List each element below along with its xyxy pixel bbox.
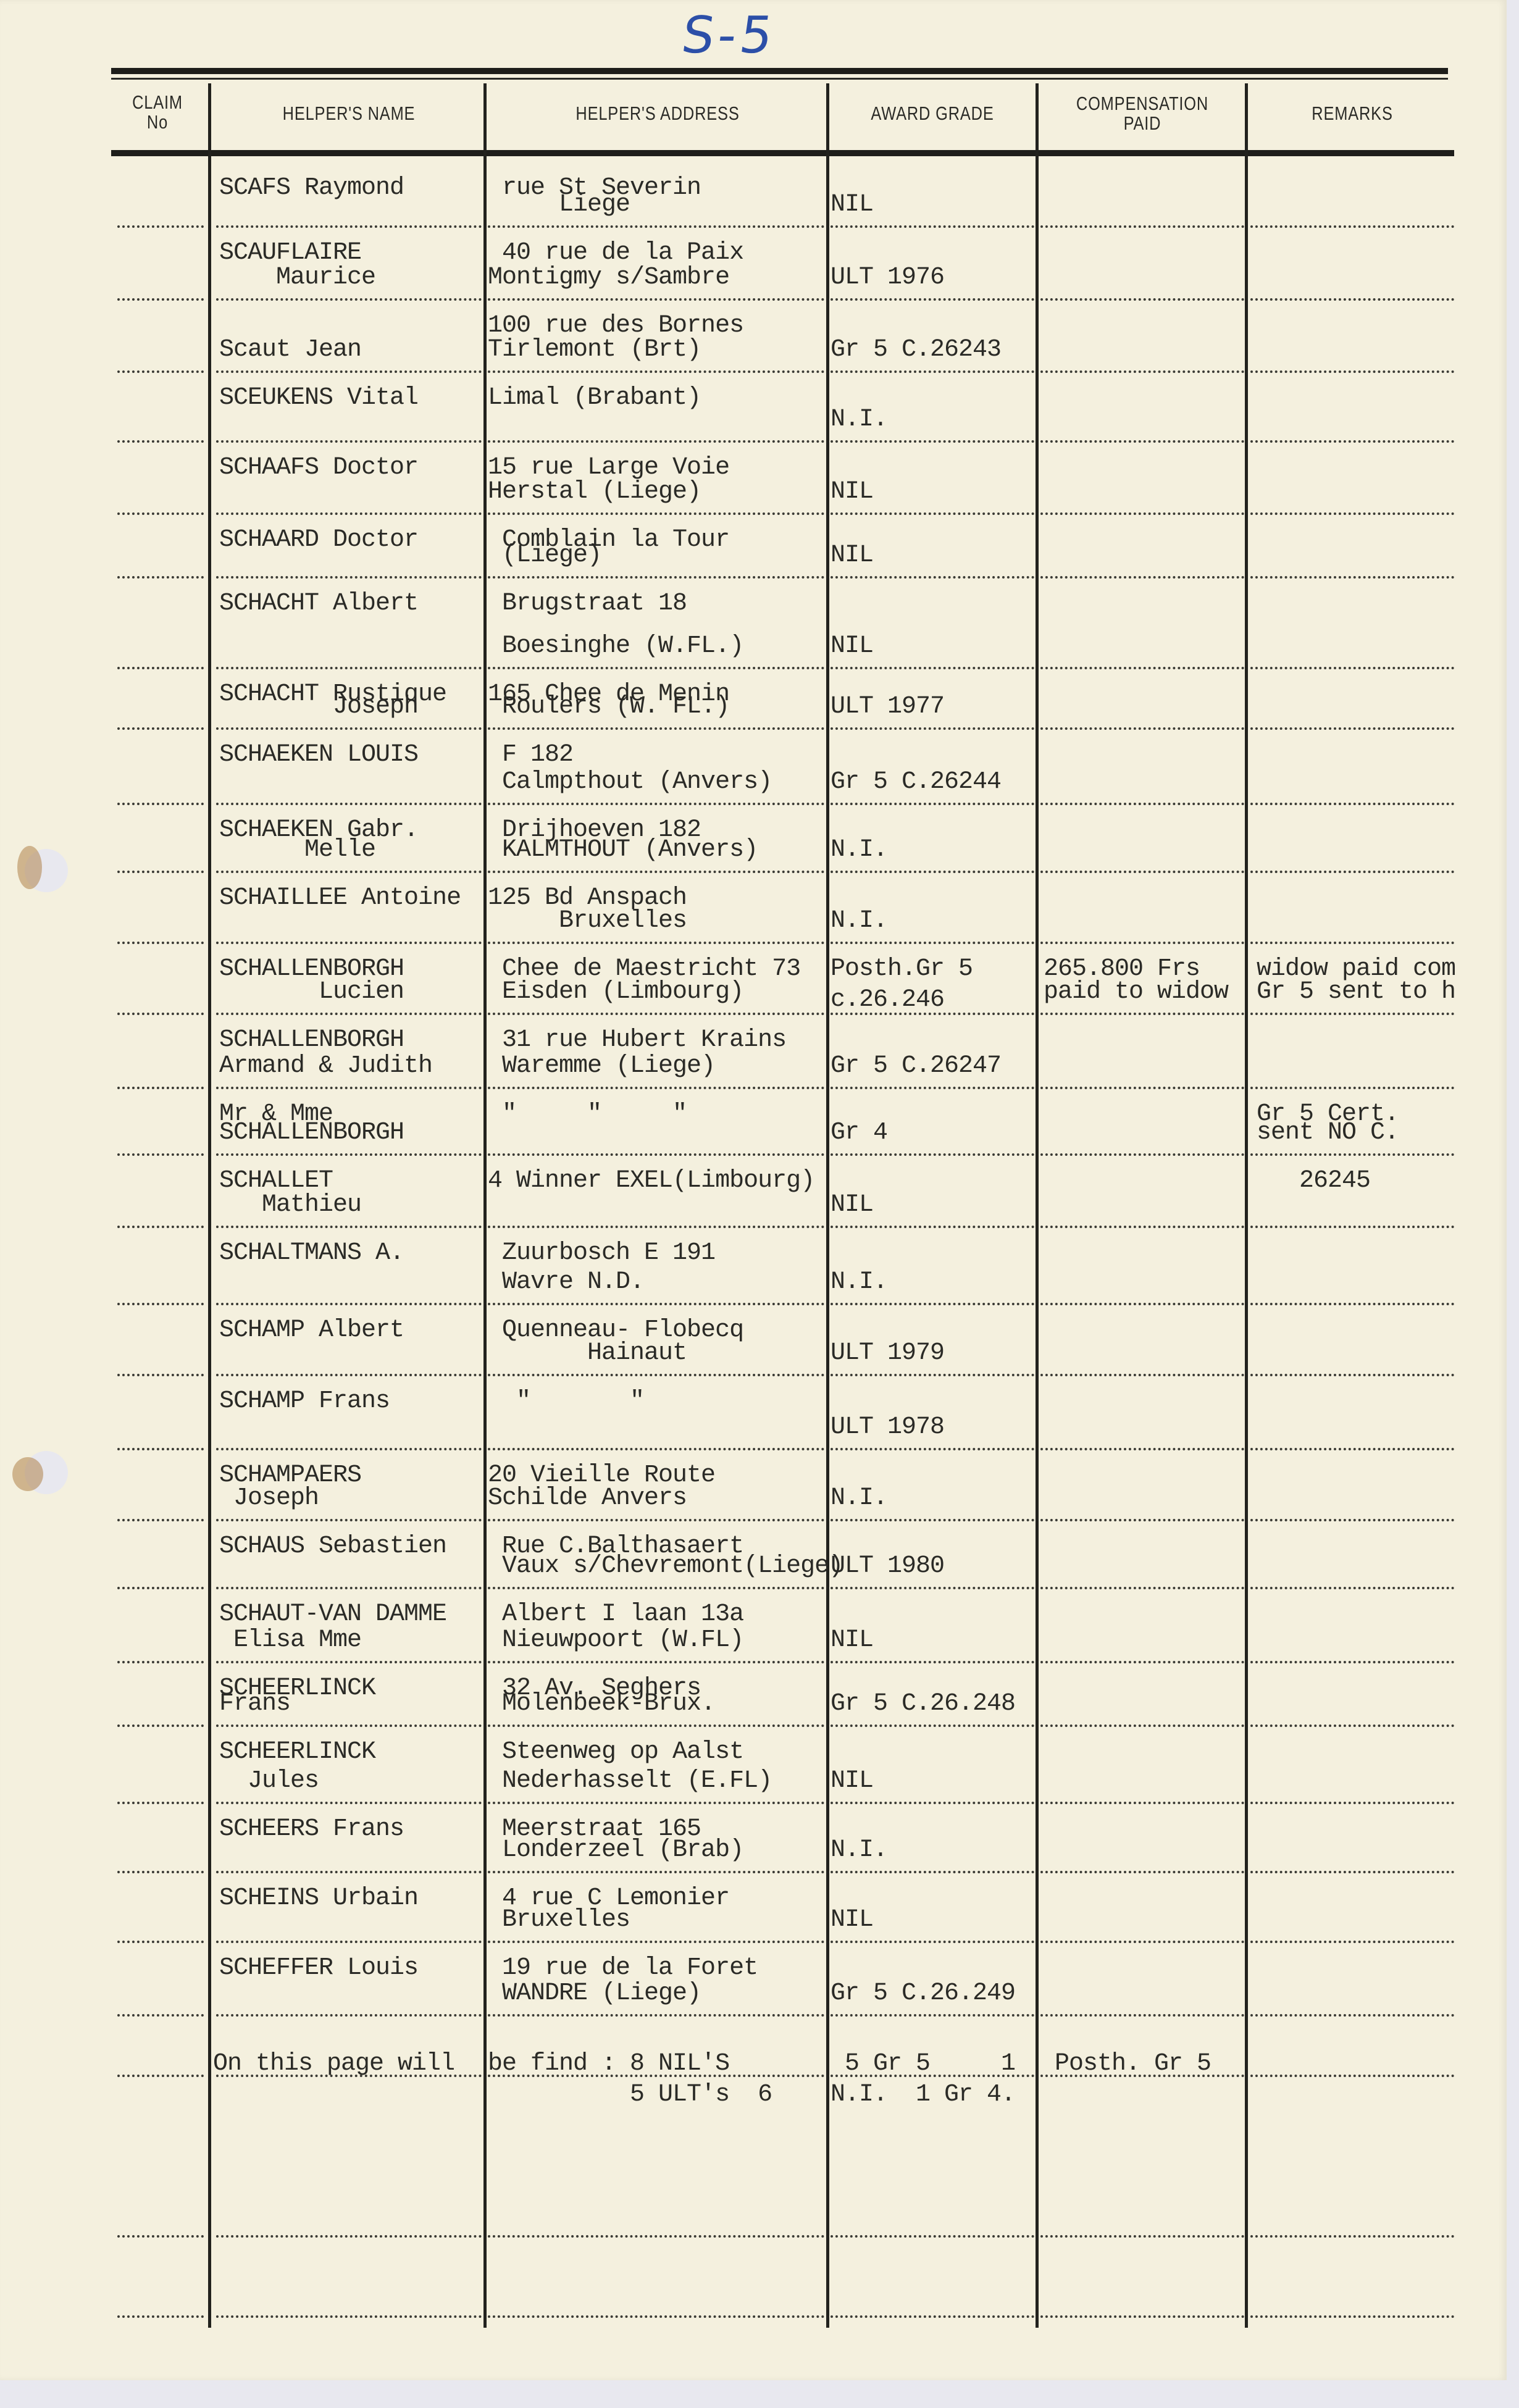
row-separator bbox=[216, 576, 482, 579]
row-separator bbox=[1040, 727, 1244, 730]
top-rule-thin bbox=[111, 78, 1448, 80]
row-separator bbox=[488, 1871, 824, 1873]
award-grade: NIL bbox=[831, 477, 873, 508]
row-separator bbox=[1040, 667, 1244, 669]
row-separator bbox=[1250, 512, 1454, 515]
remarks: 26245 bbox=[1257, 1166, 1370, 1197]
row-separator bbox=[216, 2315, 482, 2318]
row-separator bbox=[1250, 871, 1454, 873]
row-separator bbox=[831, 1374, 1034, 1376]
row-separator bbox=[117, 1871, 204, 1873]
row-separator bbox=[488, 1303, 824, 1305]
row-separator bbox=[1250, 667, 1454, 669]
helper-address-line2: (Liege) bbox=[488, 540, 601, 571]
helper-name: SCHEINS Urbain bbox=[219, 1883, 418, 1914]
row-separator bbox=[488, 576, 824, 579]
row-separator bbox=[488, 2014, 824, 2017]
row-separator bbox=[831, 370, 1034, 373]
helper-address: F 182 bbox=[488, 740, 573, 771]
row-separator bbox=[1040, 942, 1244, 944]
row-separator bbox=[831, 1871, 1034, 1873]
header-helpers-name: HELPER'S NAME bbox=[235, 104, 463, 123]
award-grade: NIL bbox=[831, 1625, 873, 1656]
top-rule bbox=[111, 68, 1448, 74]
row-separator bbox=[117, 942, 204, 944]
helper-name-line2: Scaut Jean bbox=[219, 335, 361, 366]
header-claim-no: CLAIM No bbox=[120, 93, 196, 132]
row-separator bbox=[1040, 1448, 1244, 1450]
col-divider-5 bbox=[1245, 83, 1248, 2328]
row-separator bbox=[488, 1087, 824, 1089]
header-compensation-label: COMPENSATION PAID bbox=[1076, 93, 1208, 134]
row-separator bbox=[1250, 1661, 1454, 1663]
row-separator bbox=[831, 1087, 1034, 1089]
helper-address: Steenweg op Aalst bbox=[488, 1737, 743, 1768]
row-separator bbox=[831, 1519, 1034, 1521]
row-separator bbox=[488, 871, 824, 873]
row-separator bbox=[488, 298, 824, 301]
row-separator bbox=[117, 1013, 204, 1015]
award-grade: Gr 5 C.26.248 bbox=[831, 1689, 1015, 1720]
award-grade: ULT 1979 bbox=[831, 1338, 944, 1369]
row-separator bbox=[488, 512, 824, 515]
row-separator bbox=[216, 2075, 482, 2077]
row-separator bbox=[216, 942, 482, 944]
helper-name-line2: Jules bbox=[219, 1766, 319, 1797]
helper-address: " " " bbox=[488, 1099, 687, 1130]
row-separator bbox=[1250, 803, 1454, 805]
row-separator bbox=[1040, 2315, 1244, 2318]
helper-address-line2: Bruxelles bbox=[488, 906, 687, 937]
row-separator bbox=[1040, 1519, 1244, 1521]
row-separator bbox=[117, 1153, 204, 1156]
col-divider-3 bbox=[826, 83, 829, 2328]
row-separator bbox=[1040, 1153, 1244, 1156]
row-separator bbox=[1040, 1941, 1244, 1943]
helper-name-line2: Armand & Judith bbox=[219, 1051, 432, 1082]
row-separator bbox=[831, 1448, 1034, 1450]
row-separator bbox=[488, 440, 824, 443]
row-separator bbox=[216, 1661, 482, 1663]
row-separator bbox=[1250, 1871, 1454, 1873]
summary-counts-line2: 5 ULT's 6 bbox=[488, 2080, 772, 2110]
row-separator bbox=[1040, 576, 1244, 579]
row-separator bbox=[1250, 298, 1454, 301]
row-separator bbox=[216, 1519, 482, 1521]
helper-address-line2: Calmpthout (Anvers) bbox=[488, 767, 772, 798]
row-separator bbox=[1250, 1303, 1454, 1305]
helper-address-line2: Bruxelles bbox=[488, 1905, 630, 1936]
row-separator bbox=[117, 1587, 204, 1589]
row-separator bbox=[1250, 727, 1454, 730]
helper-address-line2: KALMTHOUT (Anvers) bbox=[488, 835, 758, 866]
row-separator bbox=[831, 2014, 1034, 2017]
row-separator bbox=[1040, 803, 1244, 805]
row-separator bbox=[117, 1519, 204, 1521]
row-separator bbox=[488, 1802, 824, 1804]
helper-name: SCHAILLEE Antoine bbox=[219, 883, 461, 914]
row-separator bbox=[216, 1941, 482, 1943]
row-separator bbox=[117, 871, 204, 873]
row-separator bbox=[1250, 2075, 1454, 2077]
row-separator bbox=[831, 2315, 1034, 2318]
row-separator bbox=[488, 2075, 824, 2077]
row-separator bbox=[831, 1587, 1034, 1589]
row-separator bbox=[1250, 942, 1454, 944]
row-separator bbox=[216, 1448, 482, 1450]
page-mark: S-5 bbox=[678, 6, 780, 65]
summary-award-line2: N.I. 1 Gr 4. bbox=[831, 2080, 1015, 2110]
row-separator bbox=[1250, 1087, 1454, 1089]
row-separator bbox=[1040, 2235, 1244, 2238]
award-grade: N.I. bbox=[831, 835, 887, 866]
helper-name: SCHAAFS Doctor bbox=[219, 453, 418, 483]
helper-address-line2: Waremme (Liege) bbox=[488, 1051, 715, 1082]
helper-address-line2: Molenbeek-Brux. bbox=[488, 1689, 715, 1720]
award-grade: ULT 1978 bbox=[831, 1412, 944, 1443]
row-separator bbox=[216, 1087, 482, 1089]
header-remarks: REMARKS bbox=[1266, 104, 1439, 123]
row-separator bbox=[117, 512, 204, 515]
helper-address: Brugstraat 18 bbox=[488, 588, 687, 619]
row-separator bbox=[117, 727, 204, 730]
row-separator bbox=[117, 667, 204, 669]
row-separator bbox=[216, 871, 482, 873]
row-separator bbox=[1250, 1153, 1454, 1156]
row-separator bbox=[831, 440, 1034, 443]
helper-address-line2: Schilde Anvers bbox=[488, 1483, 687, 1514]
award-grade: N.I. bbox=[831, 1267, 887, 1298]
row-separator bbox=[1250, 576, 1454, 579]
row-separator bbox=[1040, 871, 1244, 873]
row-separator bbox=[117, 1802, 204, 1804]
helper-name: SCHACHT Albert bbox=[219, 588, 418, 619]
row-separator bbox=[216, 440, 482, 443]
row-separator bbox=[216, 803, 482, 805]
remarks-line2: sent NO C. bbox=[1257, 1118, 1399, 1148]
row-separator bbox=[1040, 1871, 1244, 1873]
row-separator bbox=[1040, 370, 1244, 373]
row-separator bbox=[1040, 2014, 1244, 2017]
row-separator bbox=[117, 2315, 204, 2318]
row-separator bbox=[1250, 2014, 1454, 2017]
row-separator bbox=[1250, 1587, 1454, 1589]
stain-bottom bbox=[12, 1457, 43, 1491]
row-separator bbox=[1040, 1013, 1244, 1015]
remarks-line2: Gr 5 sent to h bbox=[1257, 977, 1455, 1008]
row-separator bbox=[831, 2235, 1034, 2238]
row-separator bbox=[117, 225, 204, 228]
header-claim-no-label: CLAIM No bbox=[132, 91, 183, 133]
helper-name-line2: Frans bbox=[219, 1689, 290, 1720]
helper-address: Limal (Brabant) bbox=[488, 383, 701, 414]
row-separator bbox=[216, 1871, 482, 1873]
row-separator bbox=[488, 2235, 824, 2238]
row-separator bbox=[1250, 1013, 1454, 1015]
row-separator bbox=[117, 2235, 204, 2238]
helper-address-line2: Liege bbox=[488, 190, 630, 220]
row-separator bbox=[216, 2235, 482, 2238]
header-compensation-paid: COMPENSATION PAID bbox=[1057, 94, 1229, 133]
row-separator bbox=[216, 667, 482, 669]
helper-name-line2: Mathieu bbox=[219, 1190, 361, 1221]
award-grade: NIL bbox=[831, 190, 873, 220]
helper-name-line2: Joseph bbox=[219, 1483, 319, 1514]
helper-address-line2: Nederhasselt (E.FL) bbox=[488, 1766, 772, 1797]
row-separator bbox=[1040, 1724, 1244, 1727]
row-separator bbox=[1040, 225, 1244, 228]
row-separator bbox=[831, 1724, 1034, 1727]
row-separator bbox=[831, 1661, 1034, 1663]
header-award-grade: AWARD GRADE bbox=[847, 104, 1019, 123]
row-separator bbox=[216, 1802, 482, 1804]
helper-name-line2: SCHALLENBORGH bbox=[219, 1118, 404, 1148]
helper-address-line2: Tirlemont (Brt) bbox=[488, 335, 701, 366]
award-grade: ULT 1976 bbox=[831, 262, 944, 293]
row-separator bbox=[1250, 1802, 1454, 1804]
helper-name: SCAFS Raymond bbox=[219, 173, 404, 204]
row-separator bbox=[1040, 512, 1244, 515]
row-separator bbox=[1250, 2315, 1454, 2318]
row-separator bbox=[1250, 1724, 1454, 1727]
award-grade: NIL bbox=[831, 1905, 873, 1936]
row-separator bbox=[488, 727, 824, 730]
row-separator bbox=[1040, 1374, 1244, 1376]
row-separator bbox=[216, 1153, 482, 1156]
row-separator bbox=[216, 1724, 482, 1727]
row-separator bbox=[1250, 440, 1454, 443]
row-separator bbox=[831, 942, 1034, 944]
helper-name: SCHAUS Sebastien bbox=[219, 1531, 446, 1562]
award-grade: NIL bbox=[831, 1766, 873, 1797]
row-separator bbox=[831, 1802, 1034, 1804]
row-separator bbox=[216, 2014, 482, 2017]
row-separator bbox=[831, 576, 1034, 579]
row-separator bbox=[488, 1661, 824, 1663]
row-separator bbox=[1040, 1587, 1244, 1589]
row-separator bbox=[1250, 2235, 1454, 2238]
helper-address-line2: Hainaut bbox=[488, 1338, 687, 1369]
row-separator bbox=[117, 1941, 204, 1943]
helper-address-line2: Montigmy s/Sambre bbox=[488, 262, 729, 293]
row-separator bbox=[831, 512, 1034, 515]
row-separator bbox=[216, 370, 482, 373]
header-helpers-address: HELPER'S ADDRESS bbox=[519, 104, 797, 123]
row-separator bbox=[1250, 1374, 1454, 1376]
helper-name: SCHEERLINCK bbox=[219, 1737, 375, 1768]
row-separator bbox=[488, 1941, 824, 1943]
row-separator bbox=[1040, 1303, 1244, 1305]
helper-name: SCHAARD Doctor bbox=[219, 525, 418, 556]
row-separator bbox=[1040, 2075, 1244, 2077]
row-separator bbox=[117, 576, 204, 579]
row-separator bbox=[117, 2075, 204, 2077]
award-grade: Gr 5 C.26.249 bbox=[831, 1978, 1015, 2009]
row-separator bbox=[117, 1087, 204, 1089]
helper-name: SCHEERS Frans bbox=[219, 1814, 404, 1845]
header-bottom-rule bbox=[111, 150, 1454, 156]
award-grade: N.I. bbox=[831, 1483, 887, 1514]
row-separator bbox=[1250, 1226, 1454, 1228]
row-separator bbox=[1040, 298, 1244, 301]
row-separator bbox=[488, 1153, 824, 1156]
row-separator bbox=[117, 1374, 204, 1376]
row-separator bbox=[117, 1303, 204, 1305]
row-separator bbox=[216, 1013, 482, 1015]
helper-name: SCHEFFER Louis bbox=[219, 1953, 418, 1984]
row-separator bbox=[488, 803, 824, 805]
award-grade: N.I. bbox=[831, 404, 887, 435]
row-separator bbox=[117, 1448, 204, 1450]
helper-name: SCHAEKEN LOUIS bbox=[219, 740, 418, 771]
row-separator bbox=[831, 298, 1034, 301]
row-separator bbox=[488, 1724, 824, 1727]
row-separator bbox=[831, 1226, 1034, 1228]
document-page: S-5 CLAIM No HELPER'S NAME HELPER'S ADDR… bbox=[0, 0, 1507, 2380]
helper-name-line2: Lucien bbox=[219, 977, 404, 1008]
row-separator bbox=[488, 1374, 824, 1376]
row-separator bbox=[831, 803, 1034, 805]
row-separator bbox=[831, 1153, 1034, 1156]
stain-top bbox=[17, 846, 42, 889]
helper-name-line2: Melle bbox=[219, 835, 375, 866]
row-separator bbox=[1040, 440, 1244, 443]
row-separator bbox=[216, 1587, 482, 1589]
row-separator bbox=[216, 727, 482, 730]
award-grade: N.I. bbox=[831, 906, 887, 937]
helper-name: SCHAMP Frans bbox=[219, 1386, 390, 1417]
helper-address-line2: Wavre N.D. bbox=[488, 1267, 644, 1298]
row-separator bbox=[216, 298, 482, 301]
helper-address-line2: WANDRE (Liege) bbox=[488, 1978, 701, 2009]
award-grade: Posth.Gr 5 c.26.246 bbox=[831, 954, 973, 1016]
row-separator bbox=[488, 1448, 824, 1450]
row-separator bbox=[1250, 1448, 1454, 1450]
helper-name-line2: Joseph bbox=[219, 692, 418, 722]
row-separator bbox=[1250, 225, 1454, 228]
row-separator bbox=[488, 225, 824, 228]
row-separator bbox=[831, 667, 1034, 669]
row-separator bbox=[117, 2014, 204, 2017]
row-separator bbox=[1250, 1941, 1454, 1943]
award-grade: NIL bbox=[831, 540, 873, 571]
row-separator bbox=[1040, 1802, 1244, 1804]
award-grade: Gr 5 C.26244 bbox=[831, 767, 1001, 798]
award-grade: ULT 1980 bbox=[831, 1551, 944, 1582]
row-separator bbox=[117, 1226, 204, 1228]
row-separator bbox=[1040, 1661, 1244, 1663]
row-separator bbox=[831, 225, 1034, 228]
helper-address: Zuurbosch E 191 bbox=[488, 1238, 715, 1269]
row-separator bbox=[1040, 1087, 1244, 1089]
award-grade: Gr 5 C.26247 bbox=[831, 1051, 1001, 1082]
helper-name: SCEUKENS Vital bbox=[219, 383, 418, 414]
row-separator bbox=[1250, 370, 1454, 373]
helper-address-line2: Vaux s/Chevremont(Liege) bbox=[488, 1551, 843, 1582]
award-grade: Gr 4 bbox=[831, 1118, 887, 1148]
row-separator bbox=[831, 727, 1034, 730]
helper-address: " " bbox=[488, 1386, 644, 1417]
row-separator bbox=[117, 1661, 204, 1663]
row-separator bbox=[216, 512, 482, 515]
row-separator bbox=[831, 2075, 1034, 2077]
helper-name: SCHALTMANS A. bbox=[219, 1238, 404, 1269]
row-separator bbox=[831, 1303, 1034, 1305]
row-separator bbox=[216, 1303, 482, 1305]
row-separator bbox=[117, 803, 204, 805]
helper-address-line2: Eisden (Limbourg) bbox=[488, 977, 743, 1008]
helper-name-line2: Elisa Mme bbox=[219, 1625, 361, 1656]
row-separator bbox=[488, 1587, 824, 1589]
award-grade: N.I. bbox=[831, 1835, 887, 1866]
row-separator bbox=[117, 298, 204, 301]
award-grade: NIL bbox=[831, 1190, 873, 1221]
row-separator bbox=[488, 1519, 824, 1521]
helper-address-line2: Boesinghe (W.FL.) bbox=[488, 631, 743, 662]
row-separator bbox=[117, 1724, 204, 1727]
helper-address-line2: Roulers (W. FL.) bbox=[488, 692, 729, 722]
row-separator bbox=[488, 2315, 824, 2318]
row-separator bbox=[488, 370, 824, 373]
helper-address: 4 Winner EXEL(Limbourg) bbox=[488, 1166, 814, 1197]
row-separator bbox=[1040, 1226, 1244, 1228]
row-separator bbox=[216, 1226, 482, 1228]
row-separator bbox=[488, 942, 824, 944]
row-separator bbox=[216, 225, 482, 228]
helper-address-line2: Herstal (Liege) bbox=[488, 477, 701, 508]
row-separator bbox=[488, 667, 824, 669]
award-grade: ULT 1977 bbox=[831, 692, 944, 722]
compensation-paid-line2: paid to widow bbox=[1044, 977, 1228, 1008]
row-separator bbox=[488, 1013, 824, 1015]
helper-name: SCHAMP Albert bbox=[219, 1315, 404, 1346]
award-grade: NIL bbox=[831, 631, 873, 662]
row-separator bbox=[117, 370, 204, 373]
row-separator bbox=[831, 871, 1034, 873]
row-separator bbox=[1250, 1519, 1454, 1521]
award-grade: Gr 5 C.26243 bbox=[831, 335, 1001, 366]
helper-address-line2: Nieuwpoort (W.FL) bbox=[488, 1625, 743, 1656]
row-separator bbox=[216, 1374, 482, 1376]
col-divider-2 bbox=[483, 83, 487, 2328]
helper-name-line2: Maurice bbox=[219, 262, 375, 293]
col-divider-4 bbox=[1036, 83, 1039, 2328]
row-separator bbox=[831, 1941, 1034, 1943]
row-separator bbox=[117, 440, 204, 443]
helper-address-line2: Londerzeel (Brab) bbox=[488, 1835, 743, 1866]
col-divider-1 bbox=[208, 83, 211, 2328]
row-separator bbox=[488, 1226, 824, 1228]
